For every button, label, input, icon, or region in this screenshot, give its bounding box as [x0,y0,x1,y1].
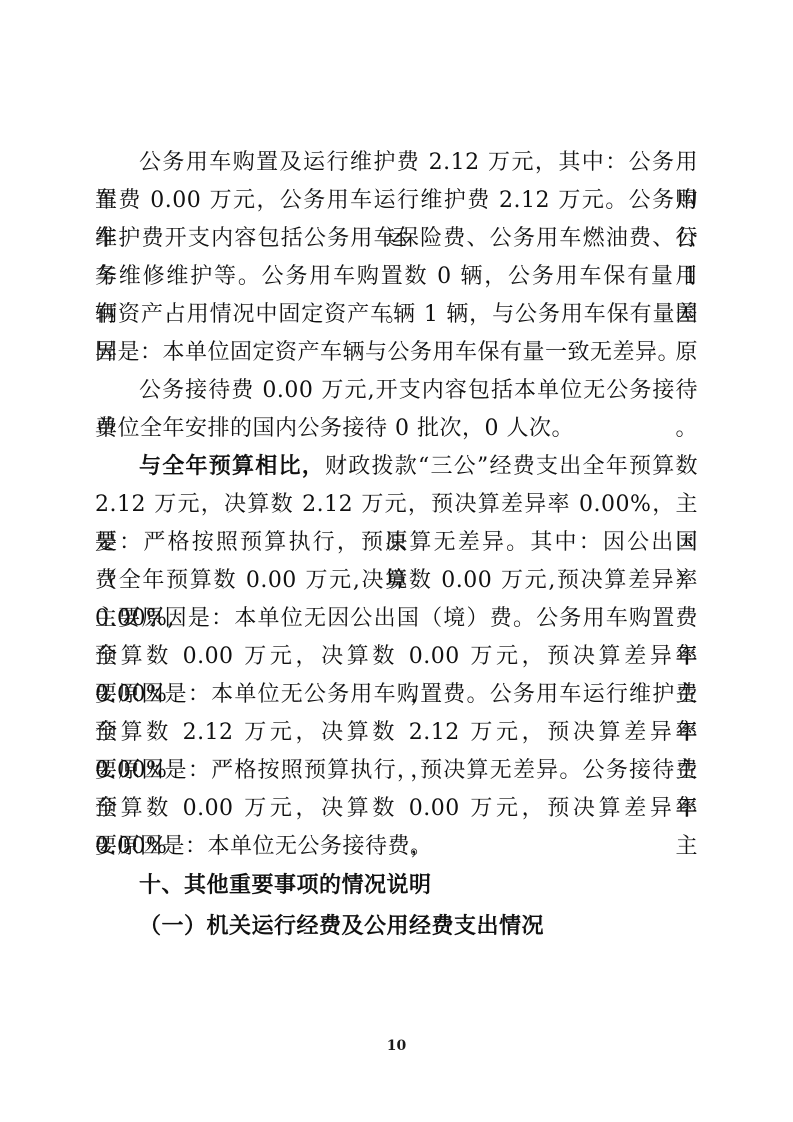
text-line: 因是：本单位固定资产车辆与公务用车保有量一致无差异。 [95,334,698,372]
text-line: 2.12 万元，决算数 2.12 万元，预决算差异率 0.00%，主要原因 [95,486,698,524]
text-line: 置费 0.00 万元，公务用车运行维护费 2.12 万元。公务用车运行 [95,182,698,220]
text-line: 要原因是：严格按照预算执行，预决算无差异。公务接待费全年 [95,752,698,790]
text-run: 财政拨款“三公”经费支出全年预算数 [325,454,698,479]
text-line: 公务用车购置及运行维护费 2.12 万元，其中：公务用车购 [95,144,698,182]
text-run: 要原因是：本单位无公务接待费。 [95,834,433,859]
document-text: 公务用车购置及运行维护费 2.12 万元，其中：公务用车购置费 0.00 万元，… [95,144,698,946]
document-page: 公务用车购置及运行维护费 2.12 万元，其中：公务用车购置费 0.00 万元，… [0,0,793,1122]
text-line: 维护费开支内容包括公务用车保险费、公务用车燃油费、公务用 [95,220,698,258]
bold-text-run: （一）机关运行经费及公用经费支出情况 [139,914,544,939]
text-line: 预算数 2.12 万元，决算数 2.12 万元，预决算差异率 0.00%，主 [95,714,698,752]
bold-text-run: 与全年预算相比， [139,454,325,479]
text-line: 预算数 0.00 万元，决算数 0.00 万元，预决算差异率 0.00%，主 [95,790,698,828]
text-line: 要原因是：本单位无公务用车购置费。公务用车运行维护费全年 [95,676,698,714]
text-run: 单位全年安排的国内公务接待 0 批次，0 人次。 [95,416,574,441]
subsection-heading: （一）机关运行经费及公用经费支出情况 [95,906,698,946]
section-heading: 十、其他重要事项的情况说明 [95,866,698,906]
bold-text-run: 十、其他重要事项的情况说明 [139,873,432,898]
text-line: 费全年预算数 0.00 万元,决算数 0.00 万元,预决算差异率 0.00%, [95,562,698,600]
text-line: 主要原因是：本单位无因公出国（境）费。公务用车购置费全年 [95,600,698,638]
page-number: 10 [0,1036,793,1056]
text-line: 有资产占用情况中固定资产车辆 1 辆，与公务用车保有量差异原 [95,296,698,334]
text-line: 公务接待费 0.00 万元,开支内容包括本单位无公务接待费。 [95,372,698,410]
text-line: 与全年预算相比，财政拨款“三公”经费支出全年预算数 [95,448,698,486]
text-line: 车维修维护等。公务用车购置数 0 辆，公务用车保有量 1 辆。国 [95,258,698,296]
text-run: 因是：本单位固定资产车辆与公务用车保有量一致无差异。 [95,340,680,365]
text-line: 是：严格按照预算执行，预决算无差异。其中：因公出国（境） [95,524,698,562]
text-line: 预算数 0.00 万元，决算数 0.00 万元，预决算差异率 0.00%，主 [95,638,698,676]
